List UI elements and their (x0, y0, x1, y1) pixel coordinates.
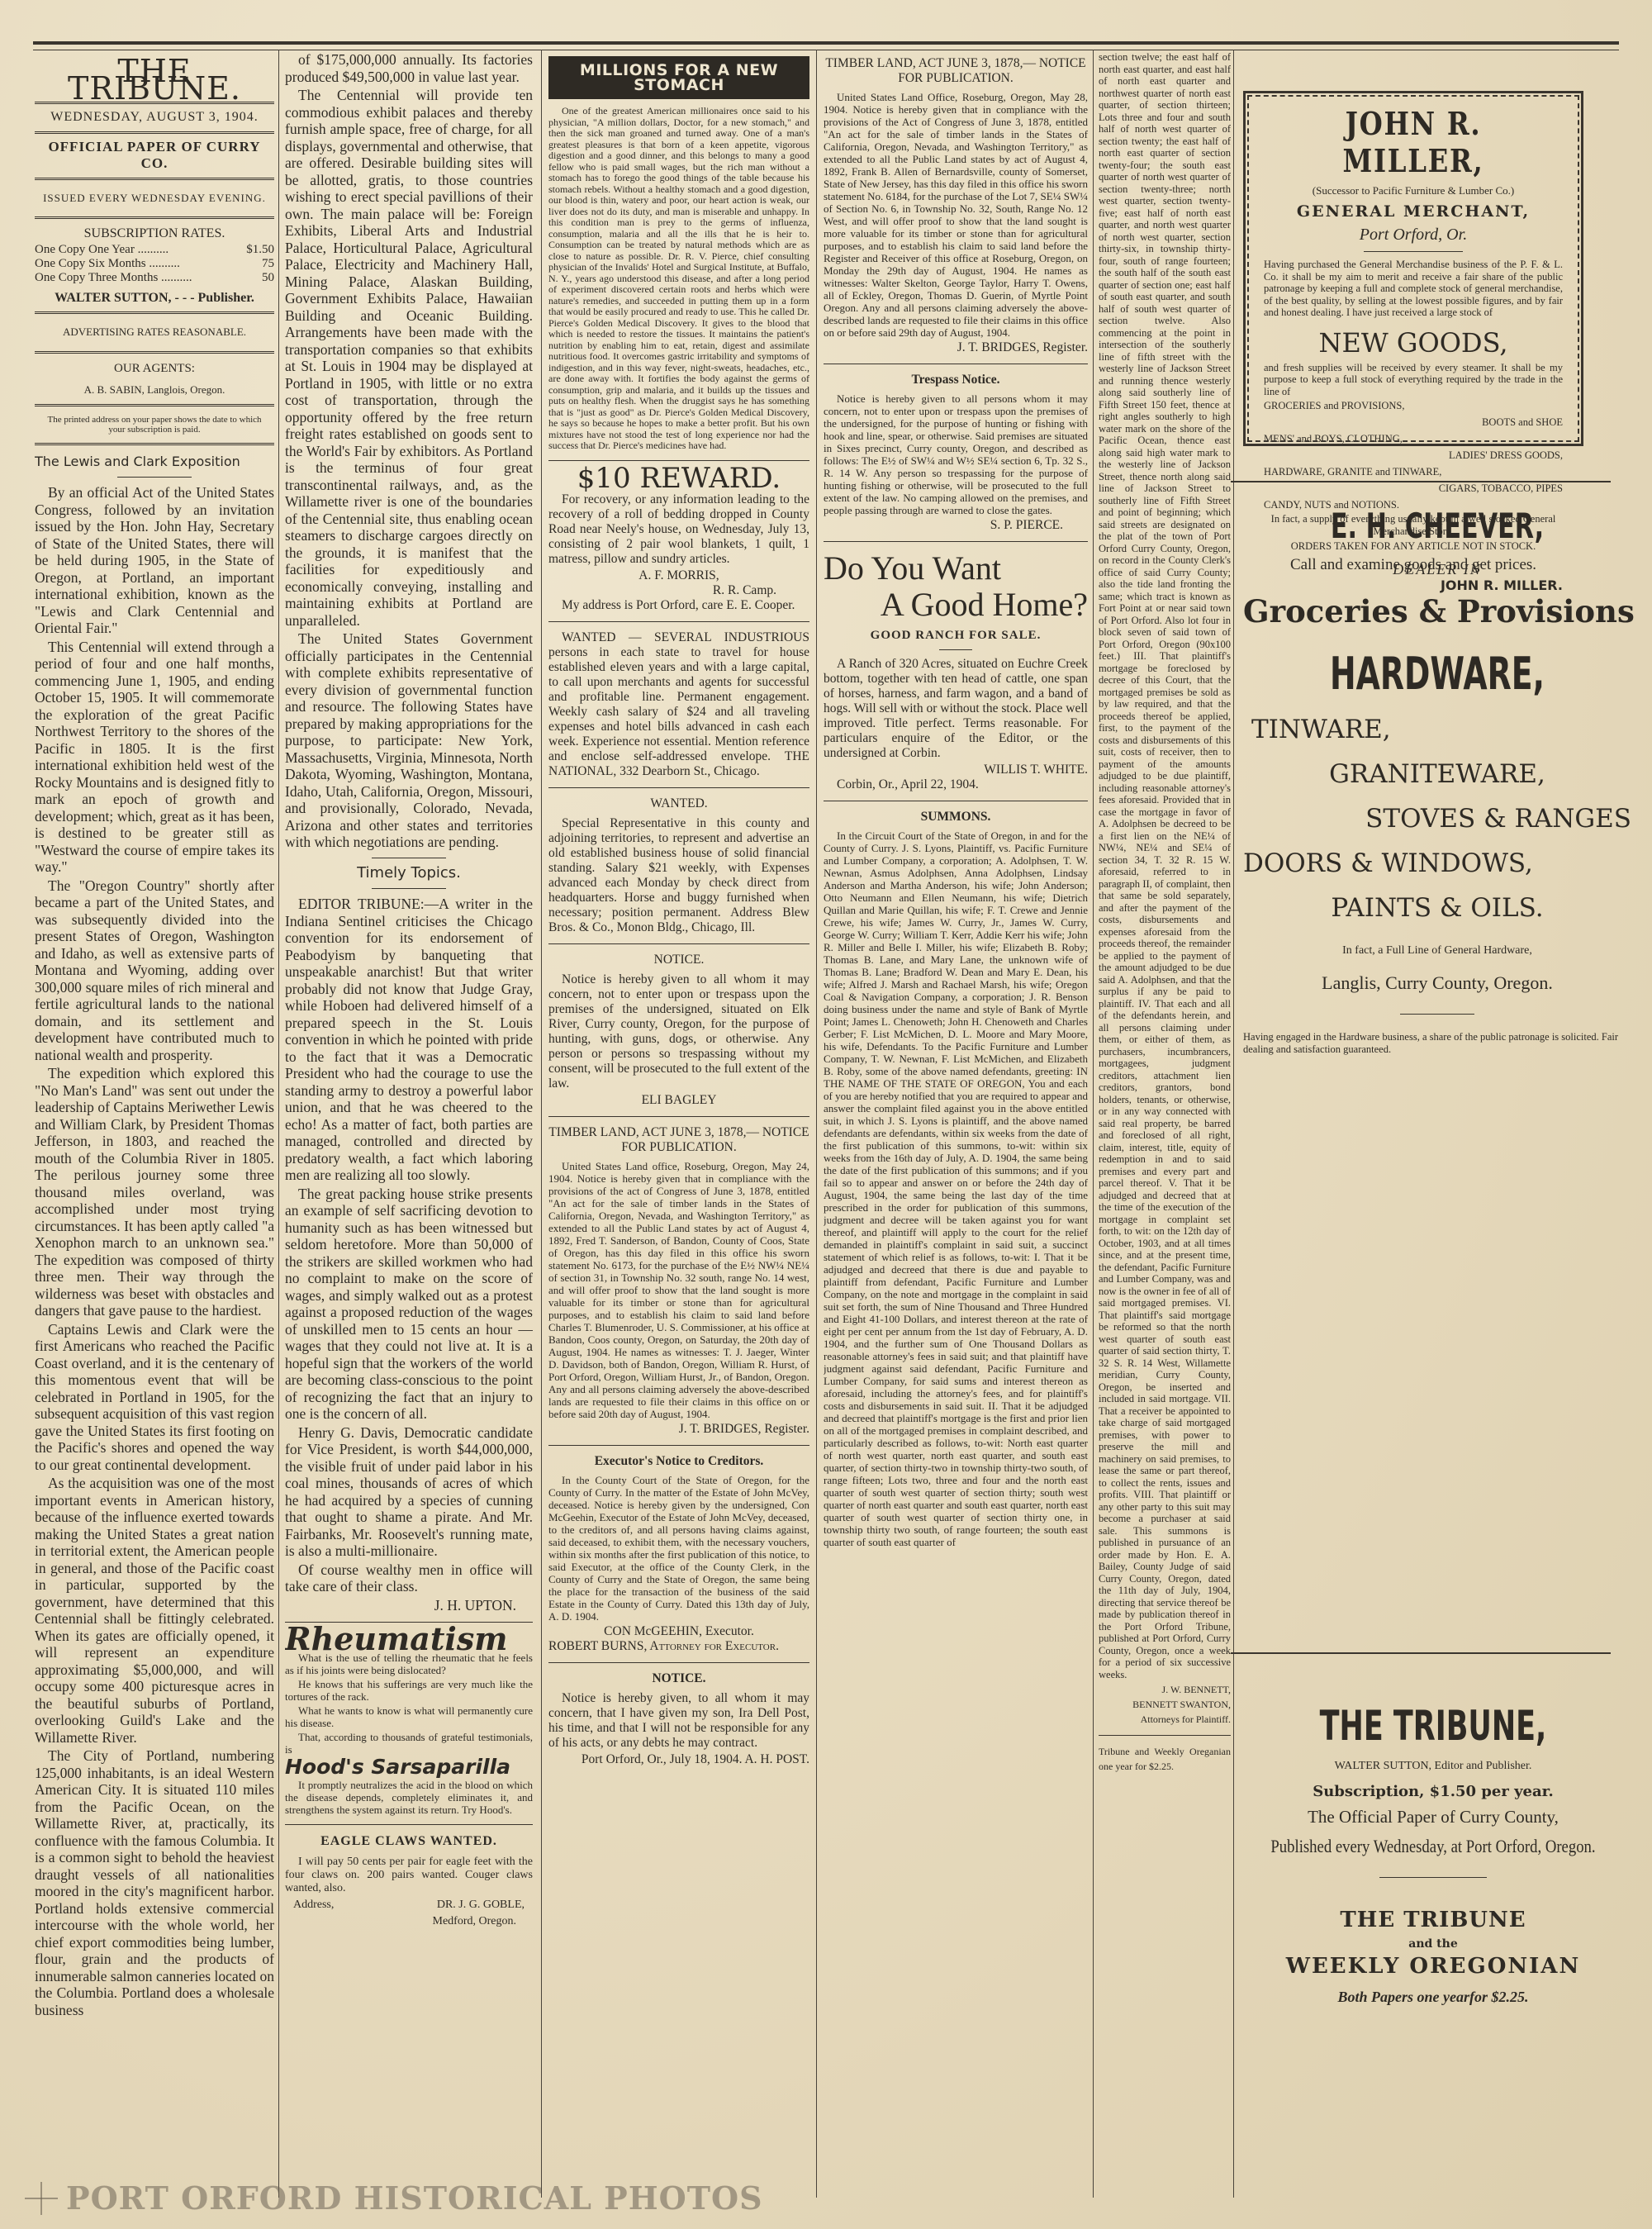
article-paragraph: The expedition which explored this "No M… (35, 1065, 274, 1319)
eagle-claws-text: I will pay 50 cents per pair for eagle f… (285, 1856, 533, 1895)
notice-trespass-elk-river: Notice is hereby given to all whom it ma… (548, 972, 809, 1091)
eagle-address-label: Address, (293, 1897, 334, 1914)
product-line: TINWARE, (1243, 715, 1631, 744)
rate-price: 75 (262, 257, 274, 271)
wanted-heading: WANTED. (548, 796, 809, 811)
masthead-title: THE TRIBUNE. (35, 51, 274, 104)
cheever-hardware: HARDWARE, (1302, 648, 1574, 700)
reward-camp: R. R. Camp. (548, 583, 809, 598)
timber-notice-heading: TIMBER LAND, ACT JUNE 3, 1878,— NOTICE F… (548, 1125, 809, 1155)
column-1: THE TRIBUNE. WEDNESDAY, AUGUST 3, 1904. … (35, 51, 274, 2183)
timely-signature: J. H. UPTON. (285, 1597, 516, 1614)
rate-price: 50 (262, 271, 274, 285)
oregonian-offer: Tribune and Weekly Oreganian one year fo… (1099, 1744, 1231, 1774)
timely-topics-heading: Timely Topics. (285, 865, 533, 882)
cheever-product-lines: TINWARE,GRANITEWARE,STOVES & RANGESDOORS… (1243, 715, 1631, 923)
column-rule (1233, 50, 1234, 2198)
ad-paragraph: What is the use of telling the rheumatic… (285, 1652, 533, 1676)
exposition-continued: of $175,000,000 annually. Its factories … (285, 51, 533, 851)
column-rule (541, 50, 542, 2198)
column-4: TIMBER LAND, ACT JUNE 3, 1878,— NOTICE F… (824, 51, 1088, 2183)
rate-label: One Copy One Year .......... (35, 243, 169, 257)
goods-line: HARDWARE, GRANITE and TINWARE, (1264, 463, 1563, 480)
miller-supplies: and fresh supplies will be received by e… (1264, 362, 1563, 398)
timber1-text: United States Land Office, Roseburg, Ore… (824, 91, 1088, 339)
subscription-rates: One Copy One Year ..........$1.50One Cop… (35, 243, 274, 285)
executor-attorney: ROBERT BURNS, Attorney for Executor. (548, 1639, 809, 1654)
article-paragraph: As the acquisition was one of the most i… (35, 1475, 274, 1746)
tribune-combo-2: WEEKLY OREGONIAN (1239, 1954, 1627, 1979)
timber1-heading: TIMBER LAND, ACT JUNE 3, 1878,— NOTICE F… (824, 56, 1088, 86)
divider (1379, 1877, 1487, 1878)
article-paragraph: This Centennial will extend through a pe… (35, 639, 274, 876)
issued-label: ISSUED EVERY WEDNESDAY EVENING. (35, 180, 274, 220)
executor-text: In the County Court of the State of Oreg… (548, 1474, 809, 1623)
timber-notice-signature: J. T. BRIDGES, Register. (548, 1422, 809, 1437)
executor-signature: CON McGEEHIN, Executor. (548, 1624, 809, 1639)
john-r-miller-ad: JOHN R. MILLER, (Successor to Pacific Fu… (1243, 91, 1583, 446)
ranch-for-sale: GOOD RANCH FOR SALE. (824, 628, 1088, 643)
hoods-sarsaparilla-title: Hood's Sarsaparilla (285, 1759, 533, 1776)
compass-rose-icon (25, 2182, 58, 2215)
timely-topics-article: EDITOR TRIBUNE:—A writer in the Indiana … (285, 896, 533, 1595)
divider (548, 1116, 809, 1117)
tribune-ad: THE TRIBUNE, WALTER SUTTON, Editor and P… (1239, 1702, 1627, 2006)
divider (548, 787, 809, 788)
trespass-text: Notice is hereby given to all persons wh… (824, 392, 1088, 516)
watermark: PORT ORFORD HISTORICAL PHOTOS (25, 2179, 763, 2217)
tribune-ad-name: THE TRIBUNE, (1298, 1702, 1569, 1750)
tribune-combo-and: and the (1239, 1937, 1627, 1951)
divider (824, 801, 1088, 801)
wanted-industrious: WANTED — SEVERAL INDUSTRIOUS persons in … (548, 630, 809, 779)
divider (939, 649, 972, 650)
article-paragraph: The great packing house strike presents … (285, 1186, 533, 1423)
notice-signature: ELI BAGLEY (548, 1093, 809, 1108)
wanted-representative: Special Representative in this county an… (548, 816, 809, 935)
article-paragraph: The Centennial will provide ten commodio… (285, 87, 533, 629)
trespass-heading: Trespass Notice. (824, 373, 1088, 387)
article-paragraph: Henry G. Davis, Democratic candidate for… (285, 1424, 533, 1560)
rheumatism-heading: Rheumatism (285, 1631, 533, 1648)
stomach-article: One of the greatest American millionaire… (548, 106, 809, 452)
cheever-location: Langlis, Curry County, Oregon. (1243, 972, 1631, 994)
product-line: DOORS & WINDOWS, (1243, 848, 1631, 878)
ranch-signature: WILLIS T. WHITE. (824, 763, 1088, 777)
divider (1099, 1735, 1231, 1736)
article-paragraph: Of course wealthy men in office will tak… (285, 1561, 533, 1595)
rate-row: One Copy Six Months ..........75 (35, 257, 274, 271)
attorney-2: BENNETT SWANTON, (1099, 1697, 1231, 1712)
reward-text: For recovery, or any information leading… (548, 492, 809, 567)
goods-line: MENS' and BOYS, CLOTHING, (1264, 430, 1563, 447)
tribune-subscription: Subscription, $1.50 per year. (1239, 1783, 1627, 1800)
article-paragraph: By an official Act of the United States … (35, 484, 274, 637)
good-home-heading-2: A Good Home? (824, 587, 1088, 623)
miller-new-goods: NEW GOODS, (1264, 327, 1563, 359)
rate-label: One Copy Six Months .......... (35, 257, 180, 271)
timber1-signature: J. T. BRIDGES, Register. (824, 340, 1088, 355)
goods-line: LADIES' DRESS GOODS, (1264, 447, 1563, 463)
miller-role: GENERAL MERCHANT, (1264, 202, 1563, 221)
ad-paragraph: He knows that his sufferings are very mu… (285, 1678, 533, 1703)
official-paper-label: OFFICIAL PAPER OF CURRY CO. (35, 134, 274, 180)
cheever-dealer: DEALER IN (1243, 561, 1631, 578)
tribune-official: The Official Paper of Curry County, (1239, 1807, 1627, 1827)
e-h-cheever-ad: E. H. CHEEVER, DEALER IN Groceries & Pro… (1243, 489, 1631, 1056)
rate-price: $1.50 (246, 243, 274, 257)
product-line: GRANITEWARE, (1243, 759, 1631, 789)
divider (372, 888, 446, 889)
top-rule (33, 41, 1619, 50)
masthead-date: WEDNESDAY, AUGUST 3, 1904. (35, 104, 274, 134)
agent-line: A. B. SABIN, Langlois, Oregon. (35, 377, 274, 406)
rheumatism-tail: It promptly neutralizes the acid in the … (285, 1779, 533, 1816)
notice2-signature: Port Orford, Or., July 18, 1904. A. H. P… (548, 1752, 809, 1767)
lewis-clark-heading: The Lewis and Clark Exposition (35, 454, 274, 471)
attorney-role: Attorneys for Plaintiff. (1099, 1712, 1231, 1727)
divider (548, 1445, 809, 1446)
good-home-heading-1: Do You Want (824, 550, 1088, 587)
watermark-text: PORT ORFORD HISTORICAL PHOTOS (66, 2179, 763, 2217)
divider (824, 364, 1088, 364)
miller-name: JOHN R. MILLER, (1286, 105, 1540, 179)
divider (372, 858, 446, 858)
divider (1231, 1652, 1611, 1654)
miller-successor: (Successor to Pacific Furniture & Lumber… (1264, 184, 1563, 197)
column-5: section twelve; the east half of north e… (1099, 51, 1231, 2183)
article-paragraph: of $175,000,000 annually. Its factories … (285, 51, 533, 85)
article-paragraph: The City of Portland, numbering 125,000 … (35, 1747, 274, 2018)
publisher-line: WALTER SUTTON, - - - Publisher. (35, 285, 274, 315)
divider (1400, 1014, 1474, 1015)
article-paragraph: The United States Government officially … (285, 630, 533, 851)
ornament-divider (1364, 251, 1463, 252)
rate-row: One Copy One Year ..........$1.50 (35, 243, 274, 257)
column-rule (816, 50, 817, 2198)
address-note: The printed address on your paper shows … (35, 406, 274, 445)
tribune-both-papers: Both Papers one yearfor $2.25. (1239, 1989, 1627, 2006)
tribune-published: Published every Wednesday, at Port Orfor… (1268, 1836, 1598, 1857)
notice2-heading: NOTICE. (548, 1671, 809, 1686)
reward-heading: $10 REWARD. (548, 471, 809, 486)
article-paragraph: Captains Lewis and Clark were the first … (35, 1321, 274, 1474)
divider (285, 1824, 533, 1825)
ad-paragraph: That, according to thousands of grateful… (285, 1731, 533, 1756)
ad-paragraph: What he wants to know is what will perma… (285, 1704, 533, 1729)
column-rule (278, 50, 279, 2198)
tribune-combo-1: THE TRIBUNE (1239, 1908, 1627, 1932)
divider (548, 1662, 809, 1663)
eagle-address: Address, DR. J. G. GOBLE, (285, 1897, 533, 1914)
cheever-full-line: In fact, a Full Line of General Hardware… (1243, 944, 1631, 958)
cheever-name: E. H. CHEEVER, (1298, 506, 1577, 546)
article-paragraph: EDITOR TRIBUNE:—A writer in the Indiana … (285, 896, 533, 1184)
rates-heading: SUBSCRIPTION RATES. (35, 226, 274, 243)
reward-address: My address is Port Orford, care E. E. Co… (548, 598, 809, 613)
tribune-editor: WALTER SUTTON, Editor and Publisher. (1239, 1760, 1627, 1773)
miller-intro: Having purchased the General Merchandise… (1264, 259, 1563, 319)
summons-heading: SUMMONS. (824, 810, 1088, 825)
attorney-1: J. W. BENNETT, (1099, 1682, 1231, 1697)
eagle-name: DR. J. G. GOBLE, (437, 1897, 525, 1914)
notice-heading: NOTICE. (548, 953, 809, 967)
notice2-text: Notice is hereby given, to all whom it m… (548, 1691, 809, 1751)
column-3: MILLIONS FOR A NEW STOMACH One of the gr… (548, 51, 809, 2183)
ranch-date: Corbin, Or., April 22, 1904. (824, 777, 1088, 792)
article-paragraph: The "Oregon Country" shortly after becam… (35, 877, 274, 1064)
divider (548, 943, 809, 944)
trespass-signature: S. P. PIERCE. (824, 518, 1088, 533)
goods-line: BOOTS and SHOE (1264, 414, 1563, 430)
product-line: PAINTS & OILS. (1243, 893, 1631, 923)
divider (548, 460, 809, 461)
rheumatism-ad: What is the use of telling the rheumatic… (285, 1652, 533, 1756)
goods-line: GROCERIES and PROVISIONS, (1264, 397, 1563, 414)
executor-heading: Executor's Notice to Creditors. (548, 1454, 809, 1469)
agents-heading: OUR AGENTS: (35, 360, 274, 378)
rate-label: One Copy Three Months .......... (35, 271, 192, 285)
divider (824, 541, 1088, 542)
rate-row: One Copy Three Months ..........50 (35, 271, 274, 285)
cheever-engaged: Having engaged in the Hardware business,… (1243, 1031, 1631, 1056)
miller-location: Port Orford, Or. (1264, 226, 1563, 245)
ranch-text: A Ranch of 320 Acres, situated on Euchre… (824, 657, 1088, 761)
eagle-claws-heading: EAGLE CLAWS WANTED. (285, 1833, 533, 1851)
cheever-groceries: Groceries & Provisions (1243, 593, 1631, 630)
reward-name: A. F. MORRIS, (548, 568, 809, 583)
stomach-banner: MILLIONS FOR A NEW STOMACH (548, 56, 809, 99)
eagle-place: Medford, Oregon. (285, 1913, 533, 1931)
product-line: STOVES & RANGES (1243, 804, 1631, 834)
summons-text: In the Circuit Court of the State of Ore… (824, 829, 1088, 1548)
timber-notice-text: United States Land office, Roseburg, Ore… (548, 1160, 809, 1420)
summons-continued: section twelve; the east half of north e… (1099, 51, 1231, 1680)
divider (117, 477, 192, 478)
advertising-line: ADVERTISING RATES REASONABLE. (35, 314, 274, 354)
divider (1231, 481, 1611, 482)
column-rule (1093, 50, 1094, 2198)
divider (548, 621, 809, 622)
column-2: of $175,000,000 annually. Its factories … (285, 51, 533, 2183)
lewis-clark-article: By an official Act of the United States … (35, 484, 274, 2018)
